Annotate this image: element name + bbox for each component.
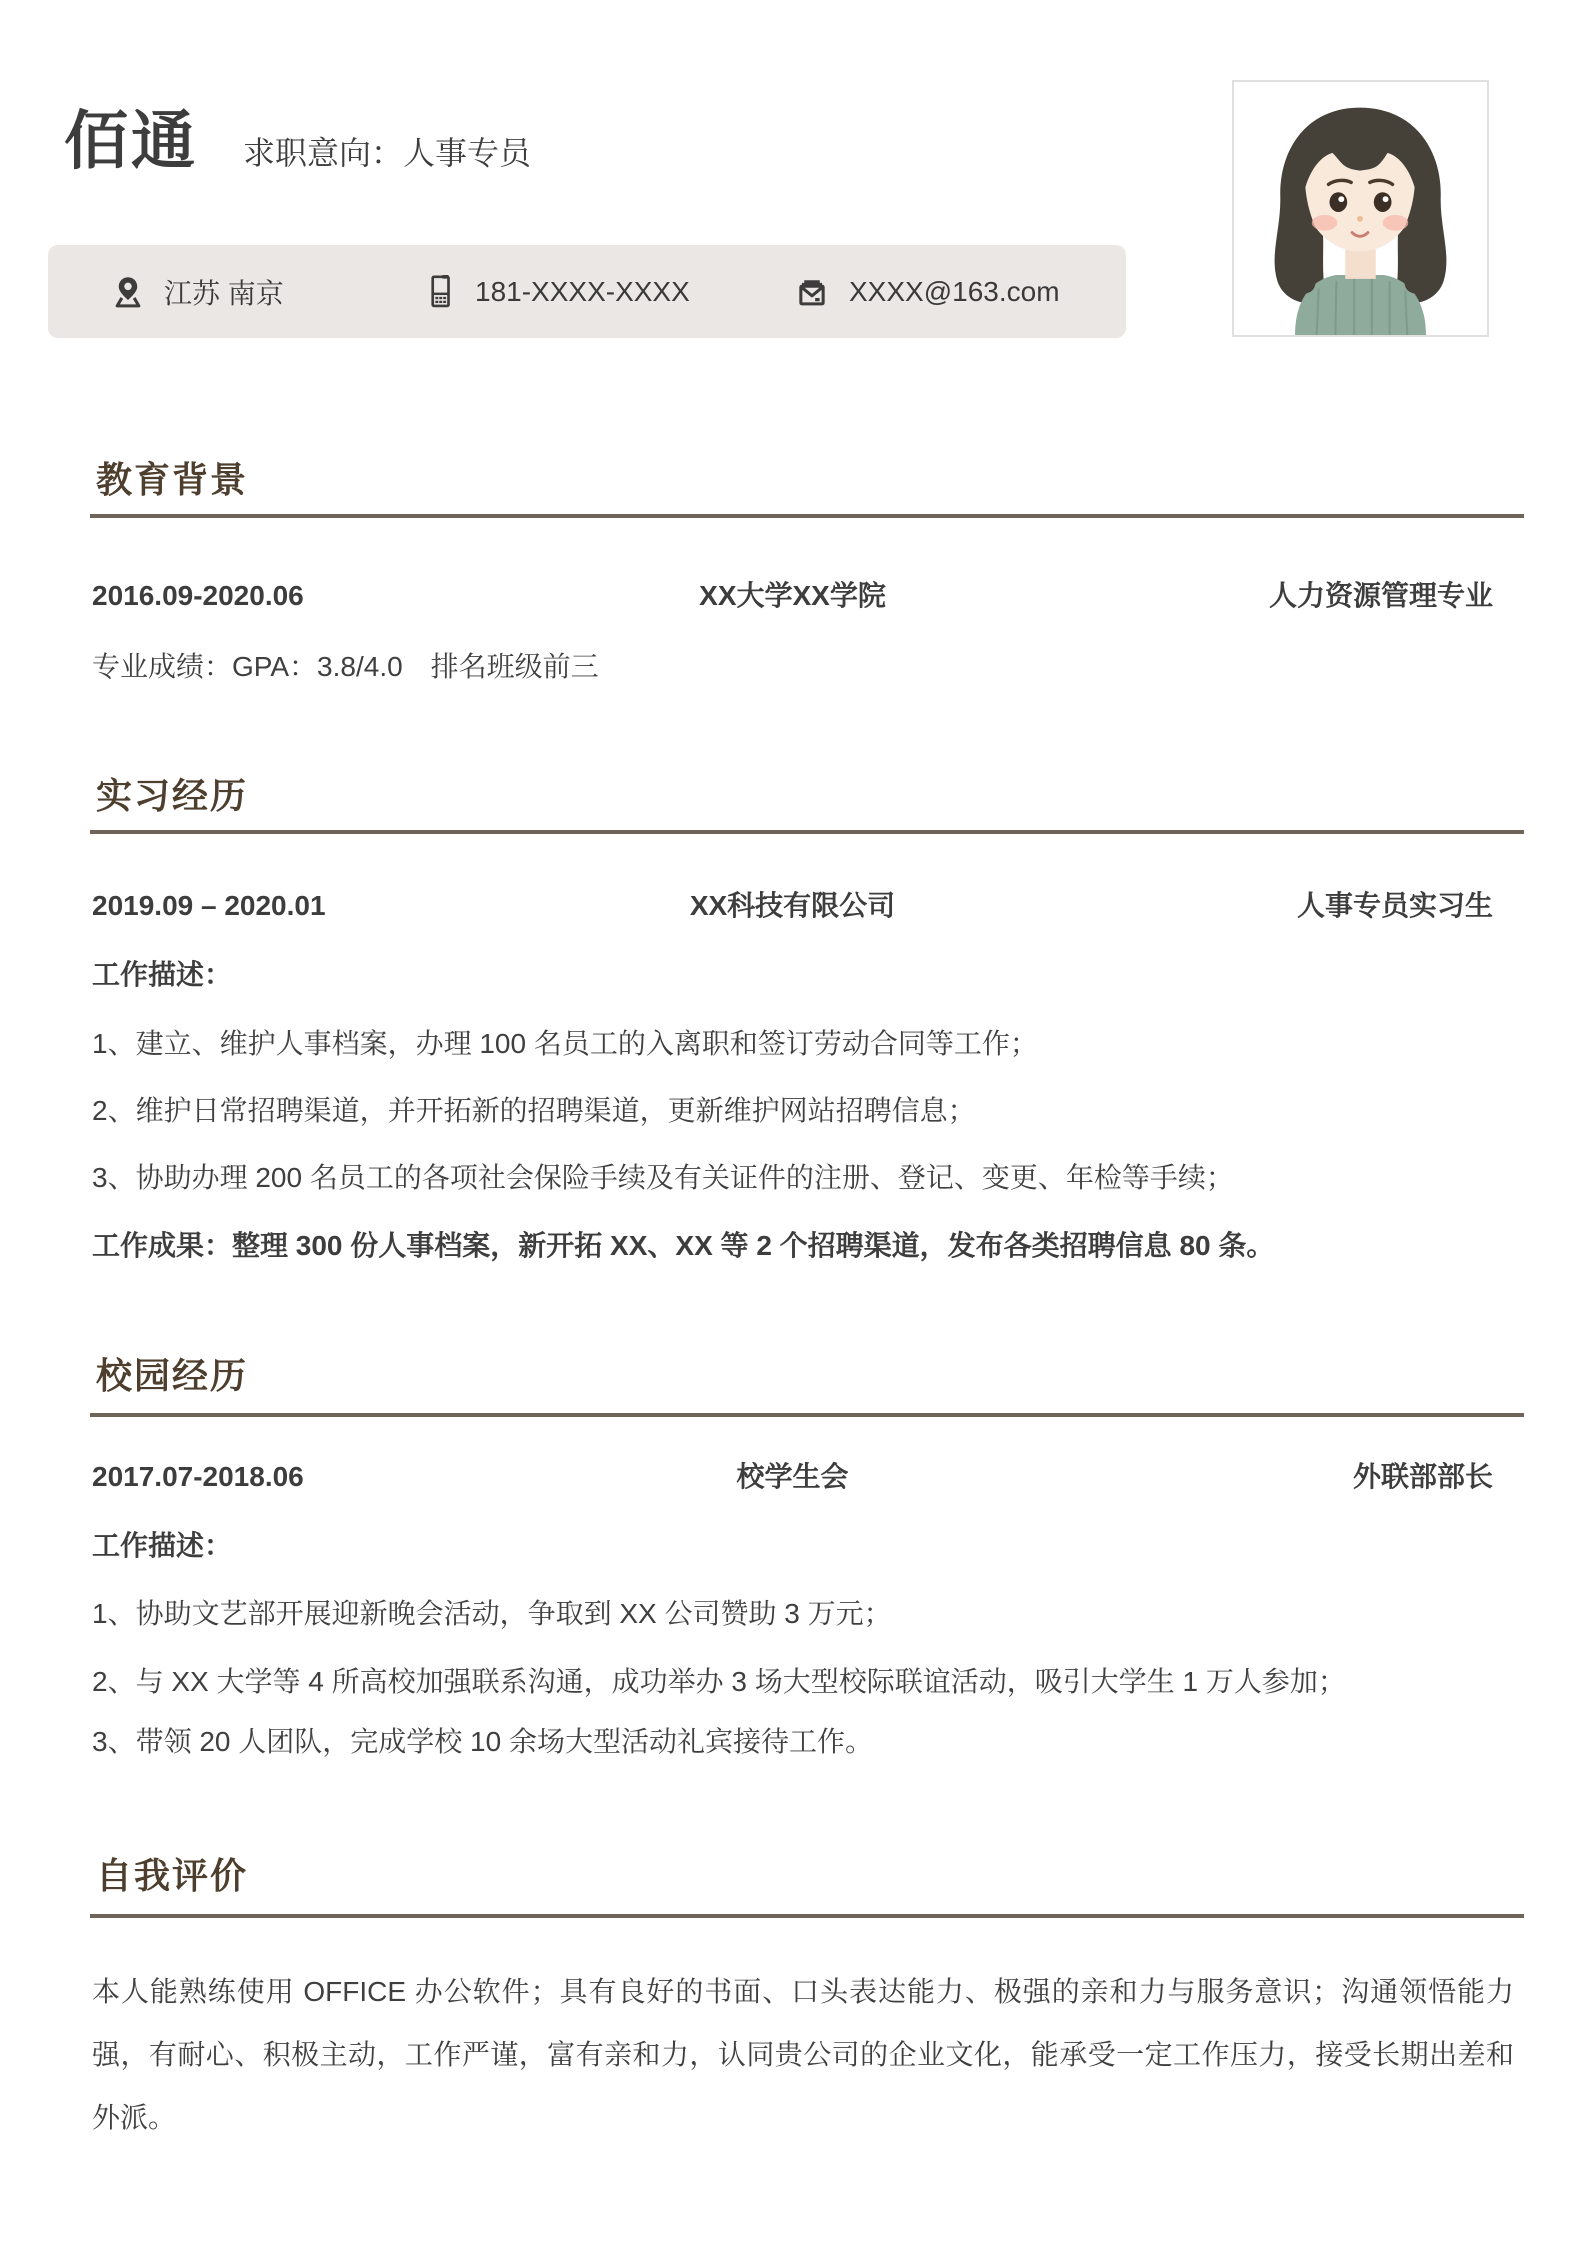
- campus-item: 3、带领 20 人团队，完成学校 10 余场大型活动礼宾接待工作。: [92, 1720, 1512, 1760]
- envelope-icon: [793, 273, 831, 311]
- contact-phone-text: 181-XXXX-XXXX: [475, 276, 690, 308]
- education-period: 2016.09-2020.06: [92, 580, 530, 612]
- contact-email-text: XXXX@163.com: [849, 276, 1060, 308]
- education-school: XX大学XX学院: [530, 574, 1055, 614]
- section-divider: [90, 514, 1524, 518]
- campus-period: 2017.07-2018.06: [92, 1461, 530, 1493]
- section-divider: [90, 1914, 1524, 1918]
- internship-achievement: 工作成果：整理 300 份人事档案，新开拓 XX、XX 等 2 个招聘渠道，发布…: [92, 1224, 1512, 1264]
- section-title-internship: 实习经历: [96, 768, 248, 819]
- internship-item: 1、建立、维护人事档案，办理 100 名员工的入离职和签订劳动合同等工作；: [92, 1022, 1512, 1062]
- section-title-self-evaluation: 自我评价: [96, 1848, 248, 1899]
- internship-role: 人事专员实习生: [1055, 884, 1493, 924]
- internship-desc-label: 工作描述：: [92, 953, 1512, 993]
- internship-period: 2019.09 – 2020.01: [92, 890, 530, 922]
- internship-company: XX科技有限公司: [530, 884, 1055, 924]
- section-divider: [90, 1413, 1524, 1417]
- map-pin-icon: [110, 274, 146, 310]
- contact-location-text: 江苏 南京: [164, 272, 284, 312]
- contact-phone: 181-XXXX-XXXX: [423, 245, 690, 338]
- section-title-campus: 校园经历: [96, 1348, 248, 1399]
- education-major: 人力资源管理专业: [1055, 574, 1493, 614]
- job-intention: 求职意向：人事专员: [243, 128, 531, 174]
- avatar: [1232, 80, 1489, 337]
- campus-item: 2、与 XX 大学等 4 所高校加强联系沟通，成功举办 3 场大型校际联谊活动，…: [92, 1660, 1512, 1700]
- candidate-name: 佰通: [64, 90, 198, 182]
- resume-page: 佰通 求职意向：人事专员 江苏 南京: [0, 0, 1587, 2245]
- campus-item: 1、协助文艺部开展迎新晚会活动，争取到 XX 公司赞助 3 万元；: [92, 1592, 1512, 1632]
- contact-email: XXXX@163.com: [793, 245, 1060, 338]
- section-divider: [90, 830, 1524, 834]
- campus-row: 2017.07-2018.06 校学生会 外联部部长: [92, 1455, 1493, 1495]
- internship-row: 2019.09 – 2020.01 XX科技有限公司 人事专员实习生: [92, 884, 1493, 924]
- self-evaluation-text: 本人能熟练使用 OFFICE 办公软件；具有良好的书面、口头表达能力、极强的亲和…: [92, 1960, 1514, 2149]
- education-row: 2016.09-2020.06 XX大学XX学院 人力资源管理专业: [92, 574, 1493, 614]
- contact-location: 江苏 南京: [110, 245, 284, 338]
- education-detail: 专业成绩：GPA：3.8/4.0 排名班级前三: [92, 645, 1512, 685]
- campus-desc-label: 工作描述：: [92, 1524, 1512, 1564]
- internship-item: 2、维护日常招聘渠道，并开拓新的招聘渠道，更新维护网站招聘信息；: [92, 1089, 1512, 1129]
- campus-role: 外联部部长: [1055, 1455, 1493, 1495]
- campus-org: 校学生会: [530, 1455, 1055, 1495]
- contact-bar: 江苏 南京 181-XXXX-XXXX: [48, 245, 1126, 338]
- mobile-phone-icon: [423, 273, 457, 311]
- internship-item: 3、协助办理 200 名员工的各项社会保险手续及有关证件的注册、登记、变更、年检…: [92, 1156, 1512, 1196]
- section-title-education: 教育背景: [96, 452, 248, 503]
